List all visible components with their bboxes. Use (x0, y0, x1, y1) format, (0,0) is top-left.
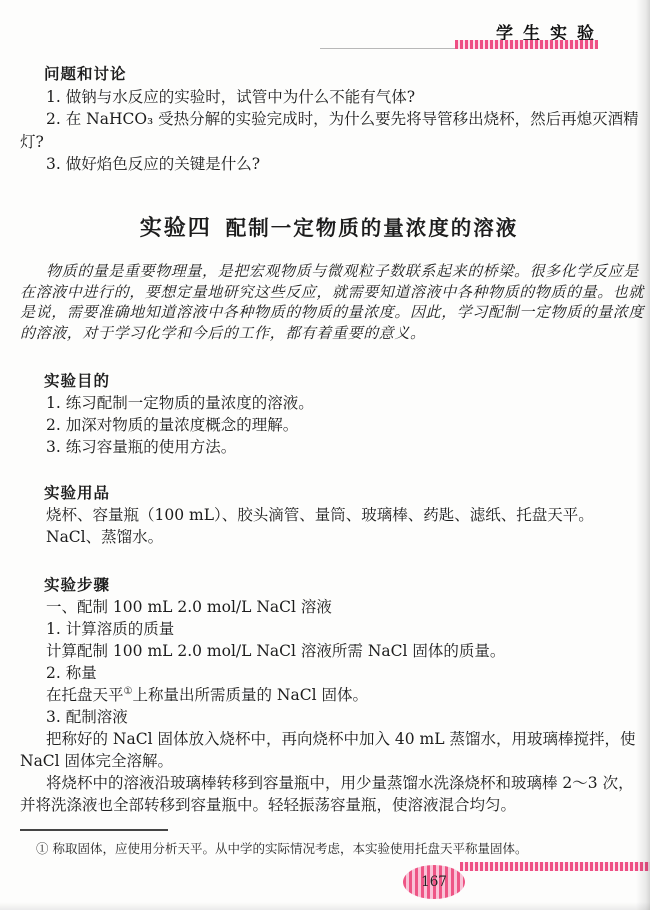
step-line: 在托盘天平①上称量出所需质量的 NaCl 固体。 (20, 684, 638, 706)
scan-edge-bottom (0, 902, 650, 910)
question-line: 灯? (20, 131, 638, 154)
step-line: 并将洗涤液也全部转移到容量瓶中。轻轻振荡容量瓶，使溶液混合均匀。 (20, 794, 638, 816)
footer-accent-bar (460, 862, 650, 871)
goal-line: 3. 练习容量瓶的使用方法。 (20, 436, 638, 458)
section-heading-supplies: 实验用品 (20, 482, 638, 504)
step-line: 计算配制 100 mL 2.0 mol/L NaCl 溶液所需 NaCl 固体的… (20, 640, 638, 662)
experiment-number: 实验四 (140, 216, 212, 241)
step-line: 把称好的 NaCl 固体放入烧杯中，再向烧杯中加入 40 mL 蒸馏水，用玻璃棒… (20, 728, 638, 750)
section-heading-steps: 实验步骤 (20, 574, 638, 596)
goal-line: 1. 练习配制一定物质的量浓度的溶液。 (20, 392, 638, 414)
supply-line: NaCl、蒸馏水。 (20, 526, 638, 548)
intro-line: 在溶液中进行的，要想定量地研究这些反应，就需要知道溶液中各种物质的物质的量。也就 (20, 282, 638, 303)
scan-edge-right (636, 0, 650, 910)
step-line: 一、配制 100 mL 2.0 mol/L NaCl 溶液 (20, 596, 638, 618)
intro-line: 是说，需要准确地知道溶液中各种物质的物质的量浓度。因此，学习配制一定物质的量浓度 (20, 302, 638, 323)
discussion-section: 问题和讨论 1. 做钠与水反应的实验时，试管中为什么不能有气体? 2. 在 Na… (20, 63, 638, 176)
goal-line: 2. 加深对物质的量浓度概念的理解。 (20, 414, 638, 436)
experiment-title-text: 配制一定物质的量浓度的溶液 (226, 216, 519, 240)
page-number-badge: 167 (403, 865, 465, 899)
supply-line: 烧杯、容量瓶（100 mL）、胶头滴管、量筒、玻璃棒、药匙、滤纸、托盘天平。 (20, 504, 638, 526)
footnote-text: ① 称取固体，应使用分析天平。从中学的实际情况考虑，本实验使用托盘天平称量固体。 (36, 839, 527, 857)
intro-line: 物质的量是重要物理量，是把宏观物质与微观粒子数联系起来的桥梁。很多化学反应是 (20, 261, 638, 282)
question-line: 3. 做好焰色反应的关键是什么? (20, 153, 638, 176)
steps-section: 实验步骤 一、配制 100 mL 2.0 mol/L NaCl 溶液 1. 计算… (20, 574, 638, 816)
step-line: 将烧杯中的溶液沿玻璃棒转移到容量瓶中，用少量蒸馏水洗涤烧杯和玻璃棒 2～3 次， (20, 772, 638, 794)
intro-paragraph: 物质的量是重要物理量，是把宏观物质与微观粒子数联系起来的桥梁。很多化学反应是 在… (20, 261, 638, 343)
step-line: 1. 计算溶质的质量 (20, 618, 638, 640)
question-line: 1. 做钠与水反应的实验时，试管中为什么不能有气体? (20, 86, 638, 109)
section-heading-discussion: 问题和讨论 (20, 63, 638, 86)
section-heading-goals: 实验目的 (20, 370, 638, 392)
step-line: 2. 称量 (20, 662, 638, 684)
question-line: 2. 在 NaHCO₃ 受热分解的实验完成时，为什么要先将导管移出烧杯，然后再熄… (20, 108, 638, 131)
step-line: 3. 配制溶液 (20, 706, 638, 728)
intro-line: 的溶液，对于学习化学和今后的工作，都有着重要的意义。 (20, 323, 638, 344)
header-accent-bar (455, 40, 598, 49)
experiment-title: 实验四配制一定物质的量浓度的溶液 (20, 211, 638, 242)
step-line: NaCl 固体完全溶解。 (20, 750, 638, 772)
supplies-section: 实验用品 烧杯、容量瓶（100 mL）、胶头滴管、量筒、玻璃棒、药匙、滤纸、托盘… (20, 482, 638, 548)
footnote-rule (20, 829, 168, 831)
goals-section: 实验目的 1. 练习配制一定物质的量浓度的溶液。 2. 加深对物质的量浓度概念的… (20, 370, 638, 458)
